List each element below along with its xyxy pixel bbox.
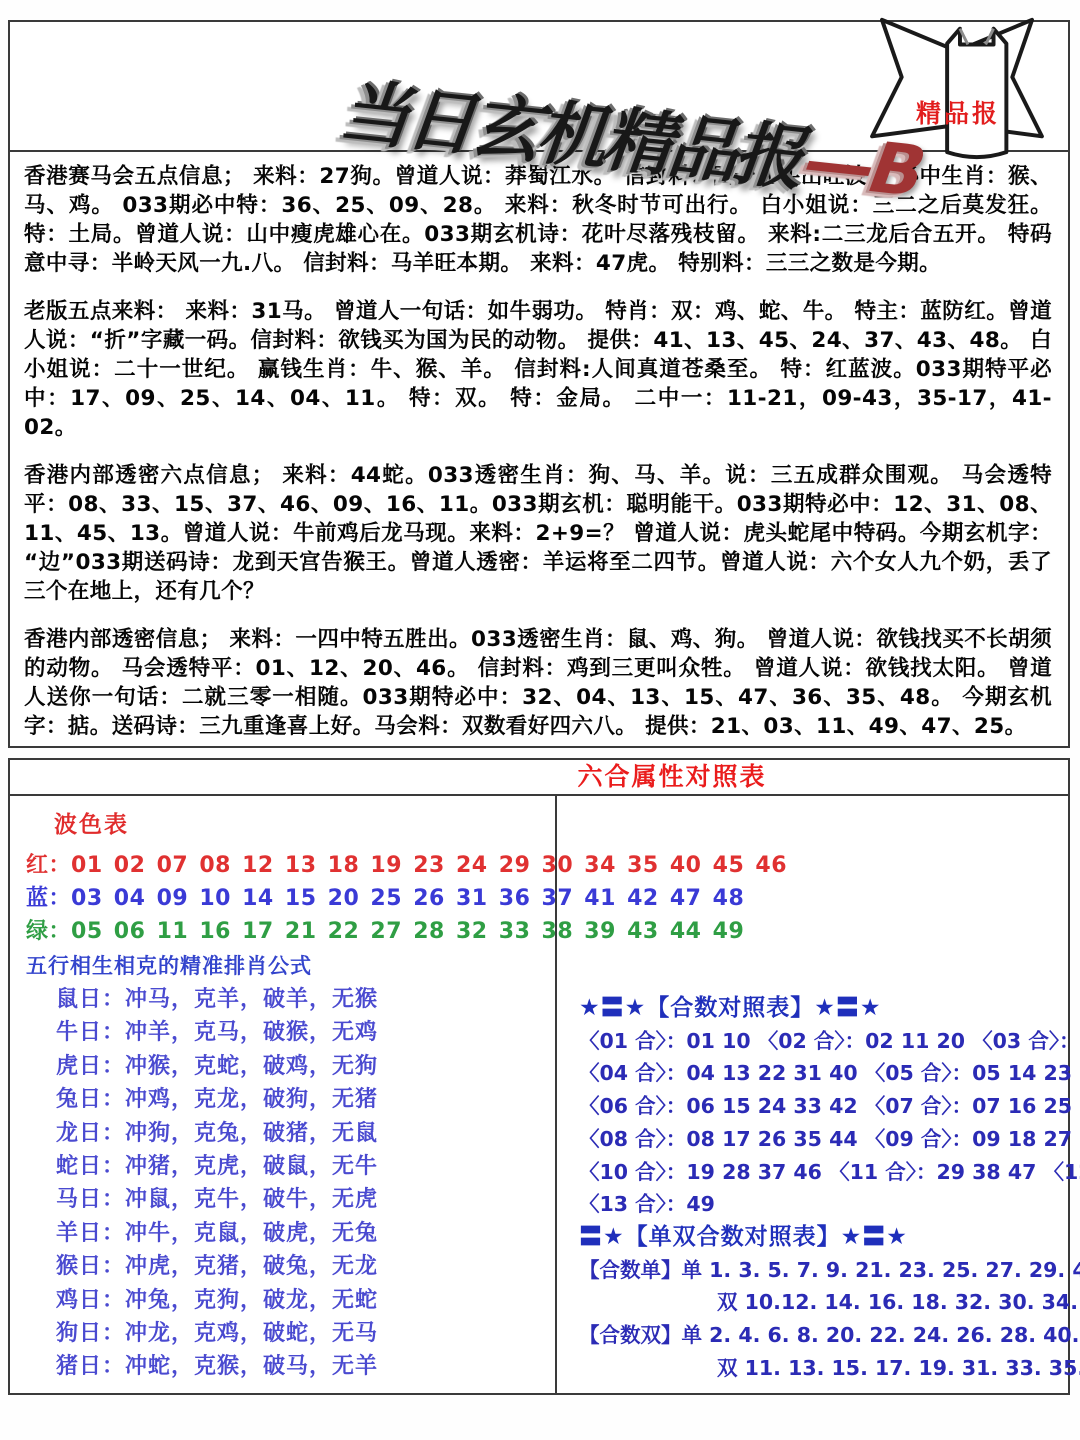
zodiac-row-horse: 马日：冲鼠，克牛，破牛，无虎	[56, 1183, 549, 1216]
odd-sum-odd-row: 【合数单】单 1. 3. 5. 7. 9. 21. 23. 25. 27. 29…	[579, 1254, 1080, 1287]
zodiac-row-dog: 狗日：冲龙，克鸡，破蛇，无马	[56, 1317, 549, 1350]
zodiac-row-goat: 羊日：冲牛，克鼠，破虎，无兔	[56, 1217, 549, 1250]
sum-table-header: ★〓★【合数对照表】★〓★	[579, 992, 1080, 1025]
sum-row-06-07: 〈06 合〉：06 15 24 33 42 〈07 合〉：07 16 25 34…	[579, 1090, 1080, 1123]
wave-row-blue: 蓝：03 04 09 10 14 15 20 25 26 31 36 37 41…	[26, 882, 549, 915]
even-sum-even-row: 双 11. 13. 15. 17. 19. 31. 33. 35. 37. 39	[717, 1352, 1080, 1385]
tip-paragraph-4: 香港内部透密信息； 来料：一四中特五胜出。033透密生肖：鼠、鸡、狗。 曾道人说…	[24, 625, 1052, 741]
zodiac-row-rooster: 鸡日：冲兔，克狗，破龙，无蛇	[56, 1284, 549, 1317]
sum-row-04-05: 〈04 合〉：04 13 22 31 40 〈05 合〉：05 14 23 32…	[579, 1057, 1080, 1090]
section-title: 六合属性对照表	[577, 760, 766, 794]
sum-row-13: 〈13 合〉：49	[579, 1188, 1080, 1221]
wave-red-label: 红：	[26, 853, 71, 878]
zodiac-row-snake: 蛇日：冲猪，克虎，破鼠，无牛	[56, 1150, 549, 1183]
odd-even-table-header: 〓★【单双合数对照表】★〓★	[579, 1221, 1080, 1254]
wave-zodiac-panel: 波色表 红：01 02 07 08 12 13 18 19 23 24 29 3…	[10, 796, 557, 1393]
tip-paragraph-2: 老版五点来料： 来料：31马。 曾道人一句话：如牛弱功。 特肖：双：鸡、蛇、牛。…	[24, 297, 1052, 442]
wave-row-red: 红：01 02 07 08 12 13 18 19 23 24 29 30 34…	[26, 849, 549, 882]
wave-table-title: 波色表	[54, 806, 549, 839]
sum-row-10-12: 〈10 合〉：19 28 37 46 〈11 合〉：29 38 47 〈12 合…	[579, 1156, 1080, 1189]
sum-row-08-09: 〈08 合〉：08 17 26 35 44 〈09 合〉：09 18 27 36…	[579, 1123, 1080, 1156]
zodiac-row-ox: 牛日：冲羊，克马，破猴，无鸡	[56, 1016, 549, 1049]
zodiac-row-pig: 猪日：冲蛇，克猴，破马，无羊	[56, 1350, 549, 1383]
wave-blue-label: 蓝：	[26, 886, 71, 911]
tips-content-box: 香港赛马会五点信息； 来料：27狗。曾道人说：莽蜀江水。 信封料：四一在头出旺波…	[8, 152, 1070, 748]
zodiac-row-rabbit: 兔日：冲鸡，克龙，破狗，无猪	[56, 1083, 549, 1116]
reference-table: 波色表 红：01 02 07 08 12 13 18 19 23 24 29 3…	[8, 796, 1070, 1395]
odd-sum-even-row: 双 10.12. 14. 16. 18. 32. 30. 34. 36. 38	[717, 1286, 1080, 1319]
even-sum-odd-row: 【合数双】单 2. 4. 6. 8. 20. 22. 24. 26. 28. 4…	[579, 1319, 1080, 1352]
ribbon-banner: 精品报	[848, 6, 1066, 164]
zodiac-row-dragon: 龙日：冲狗，克兔，破猪，无鼠	[56, 1117, 549, 1150]
tip-paragraph-3: 香港内部透密六点信息； 来料：44蛇。033透密生肖：狗、马、羊。说：三五成群众…	[24, 461, 1052, 606]
ribbon-icon	[848, 6, 1066, 164]
zodiac-row-rat: 鼠日：冲马，克羊，破羊，无猴	[56, 983, 549, 1016]
wave-row-green: 绿：05 06 11 16 17 21 22 27 28 32 33 38 39…	[26, 915, 549, 948]
ribbon-banner-label: 精品报	[906, 94, 1010, 130]
five-elements-formula-title: 五行相生相克的精准排肖公式	[26, 950, 549, 983]
section-header-row: 六合属性对照表	[8, 758, 1070, 796]
tip-sheet-page: 当日玄机精品报—B 精品报 香港赛马会五点信息； 来料：27狗。曾道人说：莽蜀江…	[0, 0, 1080, 1440]
wave-green-label: 绿：	[26, 919, 71, 944]
sum-row-01-03: 〈01 合〉：01 10 〈02 合〉：02 11 20 〈03 合〉：03 1…	[579, 1025, 1080, 1058]
zodiac-row-monkey: 猴日：冲虎，克猪，破兔，无龙	[56, 1250, 549, 1283]
sum-combination-panel: ★〓★【合数对照表】★〓★ 〈01 合〉：01 10 〈02 合〉：02 11 …	[557, 796, 1080, 1393]
zodiac-row-tiger: 虎日：冲猴，克蛇，破鸡，无狗	[56, 1050, 549, 1083]
